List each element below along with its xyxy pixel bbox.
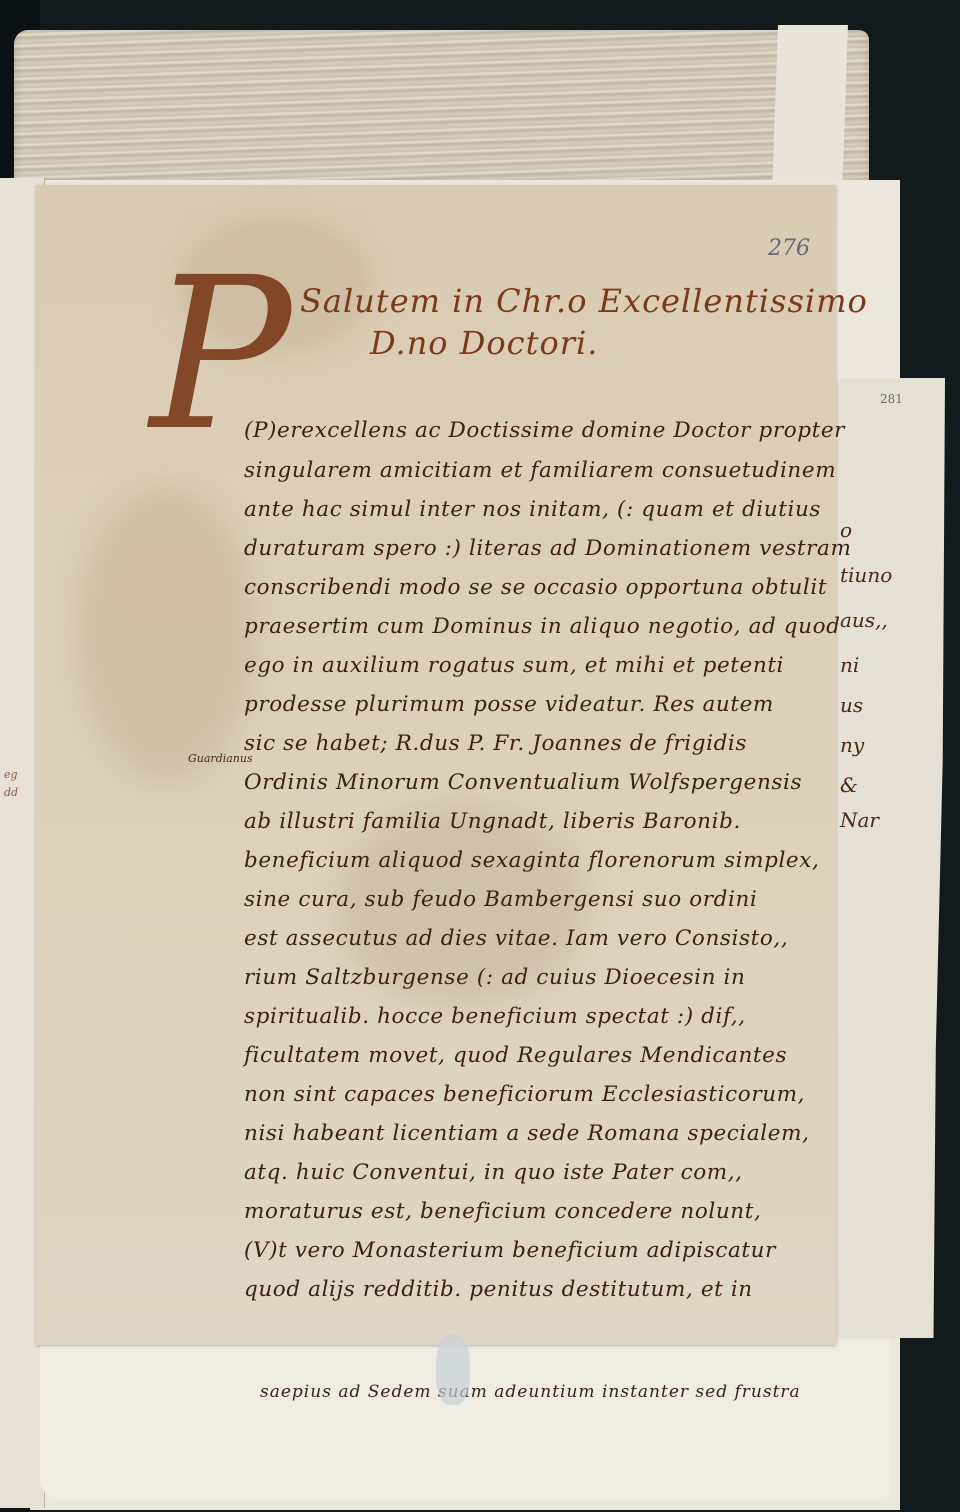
left-fragment: eg — [4, 768, 18, 781]
page-stack-corner — [772, 25, 848, 195]
body-line: ficultatem movet, quod Regulares Mendica… — [244, 1043, 787, 1068]
strip-fragment: & — [840, 773, 858, 797]
body-line: praesertim cum Dominus in aliquo negotio… — [244, 614, 841, 639]
strip-folio-number: 281 — [880, 392, 903, 406]
body-line: non sint capaces beneficiorum Ecclesiast… — [244, 1082, 805, 1107]
body-line: ego in auxilium rogatus sum, et mihi et … — [244, 653, 784, 678]
body-line: spiritualib. hocce beneficium spectat :)… — [244, 1004, 746, 1029]
margin-note: Guardianus — [188, 752, 253, 765]
strip-fragment: aus,, — [840, 608, 888, 632]
body-line: sic se habet; R.dus P. Fr. Joannes de fr… — [244, 731, 747, 756]
body-line: rium Saltzburgense (: ad cuius Dioecesin… — [244, 965, 745, 990]
body-line: ab illustri familia Ungnadt, liberis Bar… — [244, 809, 741, 834]
folio-number: 276 — [768, 236, 810, 261]
left-fragment: dd — [4, 786, 18, 799]
body-line: prodesse plurimum posse videatur. Res au… — [244, 692, 774, 717]
body-line: moraturus est, beneficium concedere nolu… — [244, 1199, 761, 1224]
body-line: sine cura, sub feudo Bambergensi suo ord… — [244, 887, 757, 912]
paper-tear — [436, 1335, 470, 1405]
body-line: conscribendi modo se se occasio opportun… — [244, 575, 827, 600]
strip-fragment: ni — [840, 653, 859, 677]
right-underlying-strip: 281 o tiuno aus,, ni us ny & Nar — [830, 378, 945, 1338]
body-line: (V)t vero Monasterium beneficium adipisc… — [244, 1238, 776, 1263]
body-line: singularem amicitiam et familiarem consu… — [244, 458, 836, 483]
strip-fragment: us — [840, 693, 863, 717]
strip-fragment: tiuno — [840, 563, 892, 587]
strip-fragment: Nar — [840, 808, 879, 832]
body-line: nisi habeant licentiam a sede Romana spe… — [244, 1121, 810, 1146]
body-line: atq. huic Conventui, in quo iste Pater c… — [244, 1160, 743, 1185]
body-line: est assecutus ad dies vitae. Iam vero Co… — [244, 926, 788, 951]
body-line: beneficium aliquod sexaginta florenorum … — [244, 848, 819, 873]
body-line: Ordinis Minorum Conventualium Wolfsperge… — [244, 770, 802, 795]
body-line: quod alijs redditib. penitus destitutum,… — [244, 1277, 753, 1302]
strip-fragment: ny — [840, 733, 864, 757]
body-line: duraturam spero :) literas ad Domination… — [244, 536, 851, 561]
body-line: ante hac simul inter nos initam, (: quam… — [244, 497, 821, 522]
body-line: (P)erexcellens ac Doctissime domine Doct… — [244, 418, 845, 443]
salutation-line-1: Salutem in Chr.o Excellentissimo — [300, 282, 868, 320]
page-stack-edges — [14, 30, 869, 190]
salutation-line-2: D.no Doctori. — [370, 324, 598, 362]
underlying-text-line: saepius ad Sedem suam adeuntium instante… — [260, 1382, 801, 1402]
